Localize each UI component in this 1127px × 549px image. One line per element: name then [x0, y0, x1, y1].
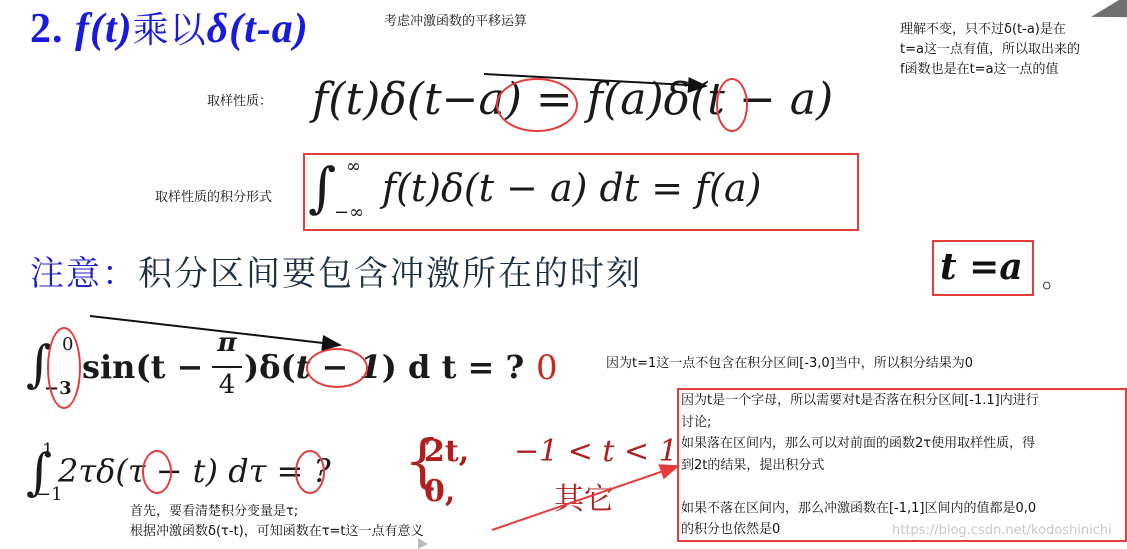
- heading-cn: 乘以: [133, 10, 207, 51]
- ex2-upper-limit: 1: [42, 440, 53, 461]
- integral-lower-limit: −∞: [334, 202, 364, 223]
- note-line: 首先，要看清楚积分变量是τ;: [130, 502, 424, 522]
- integral-upper-limit: ∞: [346, 156, 361, 177]
- integral-form-label: 取样性质的积分形式: [155, 188, 272, 207]
- highlight-ellipse: [142, 450, 172, 494]
- heading-ft: f(t): [75, 6, 133, 52]
- ex1-sin-part: sin(t −: [82, 348, 203, 386]
- formula-circled-part: a: [620, 74, 646, 125]
- explanation-line: [681, 476, 1125, 498]
- explanation-box: 因为t是一个字母，所以需要对t是否落在积分区间[-1.1]内进行 讨论; 如果落…: [677, 388, 1127, 542]
- ex2-note: 首先，要看清楚积分变量是τ; 根据冲激函数δ(τ-t)，可知函数在τ=t这一点有…: [130, 502, 424, 542]
- case1-condition: −1 < t < 1: [514, 434, 678, 469]
- case2-value: 0,: [424, 474, 455, 509]
- limits-ellipse: [47, 327, 81, 409]
- highlight-ellipse: [295, 450, 325, 494]
- note-line: 根据冲激函数δ(τ-t)，可知函数在τ=t这一点有意义: [130, 522, 424, 542]
- top-right-note: 理解不变，只不过δ(t-a)是在 t=a这一点有值，所以取出来的 f函数也是在t…: [900, 20, 1080, 80]
- formula-part: ) d t = ?: [382, 348, 524, 386]
- attention-boxed: t =a: [940, 246, 1023, 288]
- formula-part: 2τδ(: [58, 452, 128, 490]
- heading-delta: δ(t-a): [207, 6, 309, 52]
- section-heading: 2. f(t)乘以δ(t-a): [30, 2, 309, 53]
- attention-line: 注意：积分区间要包含冲激所在的时刻: [30, 246, 642, 295]
- ex1-frac-num: π: [212, 328, 242, 358]
- sampling-label: 取样性质：: [207, 92, 272, 111]
- formula-part: f(t)δ(t: [312, 74, 442, 125]
- ex1-result: 0: [536, 348, 558, 388]
- formula-part: )δ(: [244, 348, 296, 386]
- explanation-line: 因为t是一个字母，所以需要对t是否落在积分区间[-1.1]内进行: [681, 390, 1125, 412]
- integral-sign: ∫: [308, 156, 336, 220]
- heading-number: 2.: [30, 6, 64, 52]
- ex1-note: 因为t=1这一点不包含在积分区间[-3,0]当中，所以积分结果为0: [606, 354, 973, 373]
- attention-lead: 注意：: [30, 254, 138, 294]
- ex2-formula: 2τδ(τ − t) dτ = ?: [58, 452, 331, 490]
- note-line: f函数也是在t=a这一点的值: [900, 60, 1080, 80]
- case2-condition: 其它: [554, 474, 614, 518]
- note-line: 理解不变，只不过δ(t-a)是在: [900, 20, 1080, 40]
- ex1-delta: )δ(t − 1) d t = ?: [244, 348, 524, 386]
- explanation-line: 到2t的结果，提出积分式: [681, 455, 1125, 477]
- note-line: t=a这一点有值，所以取出来的: [900, 40, 1080, 60]
- corner-decoration: [1091, 0, 1127, 27]
- integral-form-body: f(t)δ(t − a) dt = f(a): [382, 166, 761, 210]
- fraction-bar: [212, 366, 242, 368]
- formula-circled-part: −a: [442, 74, 505, 125]
- case1-value: 2t,: [424, 434, 469, 469]
- explanation-line: 如果落在区间内，那么可以对前面的函数2τ使用取样性质，得: [681, 433, 1125, 455]
- explanation-line: 讨论;: [681, 412, 1125, 434]
- heading-annotation: 考虑冲激函数的平移运算: [384, 12, 527, 31]
- formula-circled-part: τ: [249, 452, 267, 490]
- highlight-ellipse: [496, 78, 578, 132]
- explanation-line: 如果不落在区间内，那么冲激函数在[-1,1]区间内的值都是0,0: [681, 498, 1125, 520]
- attention-text: 积分区间要包含冲激所在的时刻: [138, 254, 642, 294]
- highlight-ellipse: [306, 348, 368, 388]
- highlight-ellipse: [716, 78, 748, 132]
- ex1-frac-den: 4: [212, 370, 242, 400]
- attention-tail: 。: [1042, 258, 1068, 295]
- watermark: https://blog.csdn.net/kodoshinichi: [892, 523, 1112, 538]
